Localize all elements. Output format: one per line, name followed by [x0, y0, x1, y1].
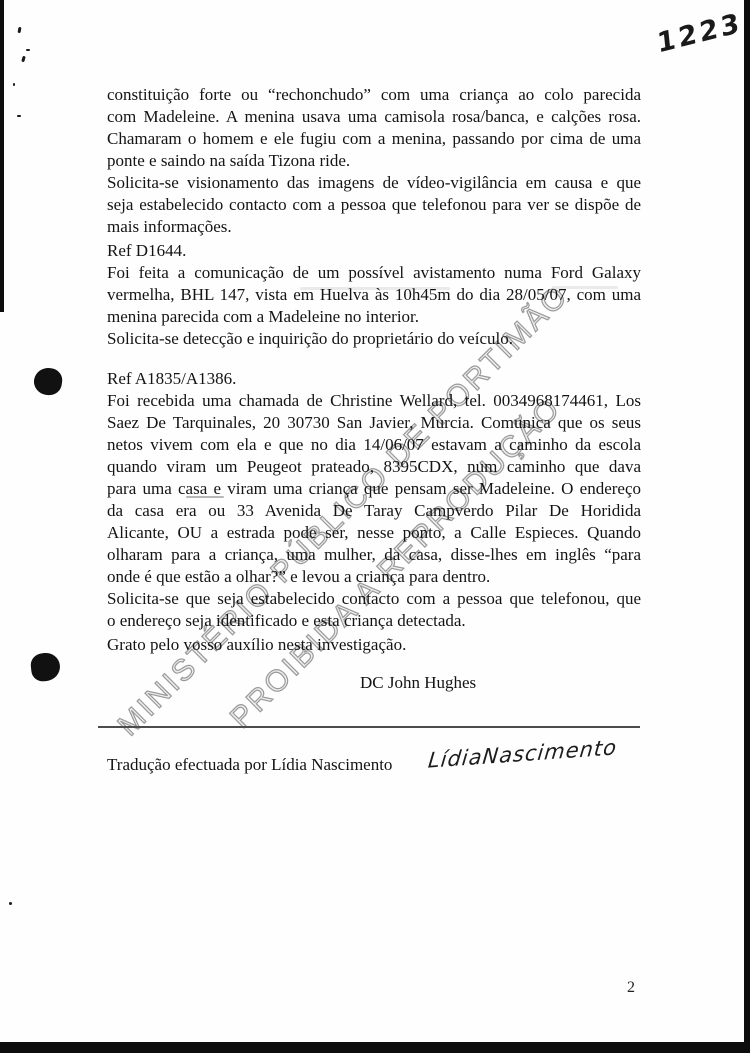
paragraph-ford-galaxy: Foi feita a comunicação de um possível a… — [107, 262, 641, 328]
paragraph-contact-request: Solicita-se que seja estabelecido contac… — [107, 588, 641, 632]
ink-speck — [9, 902, 12, 905]
page-number: 2 — [627, 979, 635, 997]
translator-signature-handwriting: LídiaNascimento — [427, 735, 618, 772]
scan-edge-right — [744, 0, 750, 1053]
ink-speck — [13, 83, 15, 86]
ref-a1835-heading: Ref A1835/A1386. — [107, 368, 641, 390]
translation-credit-line: Tradução efectuada por Lídia Nascimento — [107, 754, 467, 776]
section-ref-a1835-a1386: Ref A1835/A1386. Foi recebida uma chamad… — [107, 368, 641, 632]
ink-speck — [18, 27, 22, 33]
section-ref-d1644: Ref D1644. Foi feita a comunicação de um… — [107, 240, 641, 350]
ref-d1644-request: Solicita-se detecção e inquirição do pro… — [107, 328, 641, 350]
paragraph-cctv-request: Solicita-se visionamento das imagens de … — [107, 172, 641, 238]
ink-speck — [21, 56, 26, 63]
handwritten-folio-number: 1223 — [656, 7, 744, 59]
ink-speck — [26, 49, 30, 51]
scan-edge-bottom — [0, 1042, 750, 1053]
paragraph-christine-wellard-call: Foi recebida uma chamada de Christine We… — [107, 390, 641, 588]
scanned-document-page: MINISTÉRIO PÚBLICO DE PORTIMÃO PROIBIDA … — [0, 0, 750, 1053]
horizontal-divider-line — [98, 726, 640, 728]
ink-speck — [17, 115, 21, 117]
punch-hole-mark-bottom — [30, 652, 62, 683]
closing-thanks-line: Grato pelo vosso auxílio nesta investiga… — [107, 634, 641, 656]
ref-d1644-heading: Ref D1644. — [107, 240, 641, 262]
punch-hole-mark-top — [32, 366, 63, 397]
paragraph-sighting-description: constituição forte ou “rechonchudo” com … — [107, 84, 641, 172]
signoff-name: DC John Hughes — [107, 672, 641, 694]
scan-edge-left — [0, 0, 4, 312]
